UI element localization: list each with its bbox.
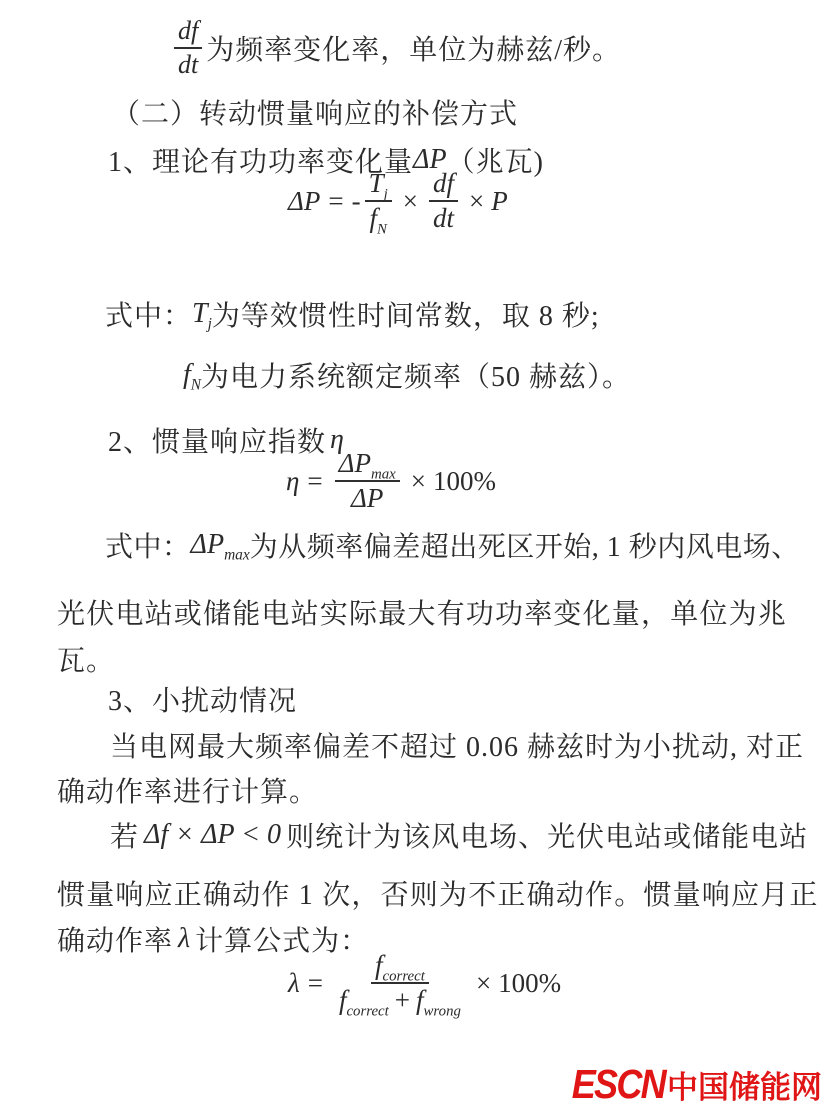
- body-text: 确动作率进行计算。: [57, 770, 318, 810]
- body-text: 若: [110, 815, 139, 855]
- paragraph-dfdt-definition: df dt 为频率变化率，单位为赫兹/秒。: [170, 18, 621, 78]
- subscript-max: max: [224, 547, 250, 564]
- math-tj: Tj: [192, 298, 212, 330]
- equals-sign: =: [308, 968, 323, 999]
- where-label: 式中：: [105, 294, 192, 334]
- section-heading: （二）转动惯量响应的补偿方式: [112, 92, 518, 132]
- list-item-3: 3、小扰动情况: [108, 679, 297, 719]
- math-inequality: Δf × ΔP < 0: [144, 819, 281, 851]
- fraction-denominator: ΔP: [347, 482, 387, 514]
- fraction-numerator: Tj: [365, 168, 392, 202]
- where-text: 为从频率偏差超出死区开始, 1 秒内风电场、: [250, 525, 800, 565]
- formula-eta: η = ΔPmax ΔP × 100%: [286, 452, 496, 510]
- section-heading-text: （二）转动惯量响应的补偿方式: [112, 92, 518, 132]
- times-sign: ×: [469, 186, 484, 217]
- formula-delta-p: ΔP = - Tj fN × df dt × P: [288, 172, 508, 230]
- fraction-denominator: dt: [174, 49, 202, 80]
- equals-sign: =: [328, 186, 343, 217]
- escn-logo-chinese: 中国储能网: [667, 1062, 822, 1107]
- where-clause-2: 式中： ΔPmax 为从频率偏差超出死区开始, 1 秒内风电场、: [105, 525, 800, 565]
- fraction-df-dt: df dt: [429, 168, 458, 234]
- fraction-denominator: fcorrect+fwrong: [335, 984, 465, 1016]
- math-p: P: [491, 186, 508, 217]
- times-sign: ×: [411, 466, 426, 497]
- fraction-denominator: fN: [365, 202, 390, 234]
- body-text-line: 瓦。: [57, 639, 115, 679]
- escn-logo-latin: ESCN: [572, 1061, 665, 1108]
- subscript-n: N: [377, 221, 387, 237]
- formula-lhs: ΔP: [288, 186, 320, 217]
- fraction-dpmax-dp: ΔPmax ΔP: [335, 448, 400, 514]
- fraction-numerator: df: [429, 168, 458, 202]
- formula-lhs: λ: [288, 968, 300, 999]
- body-text-line: 光伏电站或储能电站实际最大有功功率变化量，单位为兆: [57, 592, 787, 632]
- math-lambda: λ: [178, 923, 190, 955]
- fraction-denominator: dt: [429, 202, 458, 234]
- plus-sign: +: [395, 985, 410, 1015]
- body-text-line: 当电网最大频率偏差不超过 0.06 赫兹时为小扰动, 对正: [110, 725, 804, 765]
- percent-value: 100%: [433, 466, 496, 497]
- body-text: 确动作率: [57, 919, 173, 959]
- equals-sign: =: [307, 466, 322, 497]
- fraction-numerator: fcorrect: [371, 950, 429, 984]
- item-text: 3、小扰动情况: [108, 679, 297, 719]
- subscript-wrong: wrong: [424, 1003, 461, 1019]
- escn-logo: ESCN 中国储能网: [559, 1061, 822, 1108]
- subscript-correct: correct: [346, 1003, 388, 1019]
- document-page: df dt 为频率变化率，单位为赫兹/秒。 （二）转动惯量响应的补偿方式 1、理…: [0, 0, 838, 1116]
- body-text: 为频率变化率，单位为赫兹/秒。: [206, 28, 621, 68]
- where-label: 式中：: [105, 525, 191, 565]
- where-text: 为电力系统额定频率（50 赫兹）。: [201, 355, 631, 395]
- fraction-tj-fn: Tj fN: [365, 168, 392, 234]
- fraction-fcorrect: fcorrect fcorrect+fwrong: [335, 950, 465, 1016]
- body-text: 当电网最大频率偏差不超过 0.06 赫兹时为小扰动, 对正: [110, 725, 804, 765]
- body-text-line: 若 Δf × ΔP < 0 则统计为该风电场、光伏电站或储能电站: [110, 815, 808, 855]
- fraction-numerator: ΔPmax: [335, 448, 400, 482]
- minus-sign: -: [352, 186, 361, 217]
- math-fn: fN: [183, 359, 201, 391]
- times-sign: ×: [476, 968, 491, 999]
- times-sign: ×: [403, 186, 418, 217]
- body-text: 光伏电站或储能电站实际最大有功功率变化量，单位为兆: [57, 592, 787, 632]
- subscript-correct: correct: [383, 968, 425, 984]
- where-clause-1: 式中： Tj 为等效惯性时间常数，取 8 秒;: [105, 294, 600, 334]
- subscript-n: N: [191, 377, 201, 394]
- where-clause-1b: fN 为电力系统额定频率（50 赫兹）。: [183, 355, 631, 395]
- fraction-df-dt: df dt: [174, 16, 202, 80]
- formula-lambda: λ = fcorrect fcorrect+fwrong × 100%: [288, 952, 561, 1014]
- fraction-numerator: df: [174, 16, 202, 49]
- math-dpmax: ΔPmax: [191, 529, 250, 561]
- where-text: 为等效惯性时间常数，取 8 秒;: [212, 294, 600, 334]
- subscript-max: max: [371, 466, 396, 482]
- subscript-j: j: [384, 186, 388, 202]
- body-text-line: 确动作率进行计算。: [57, 770, 318, 810]
- body-text-line: 惯量响应正确动作 1 次，否则为不正确动作。惯量响应月正: [57, 873, 819, 913]
- body-text: 惯量响应正确动作 1 次，否则为不正确动作。惯量响应月正: [57, 873, 819, 913]
- formula-lhs: η: [286, 466, 299, 497]
- body-text: 瓦。: [57, 639, 115, 679]
- percent-value: 100%: [498, 968, 561, 999]
- body-text: 则统计为该风电场、光伏电站或储能电站: [286, 815, 808, 855]
